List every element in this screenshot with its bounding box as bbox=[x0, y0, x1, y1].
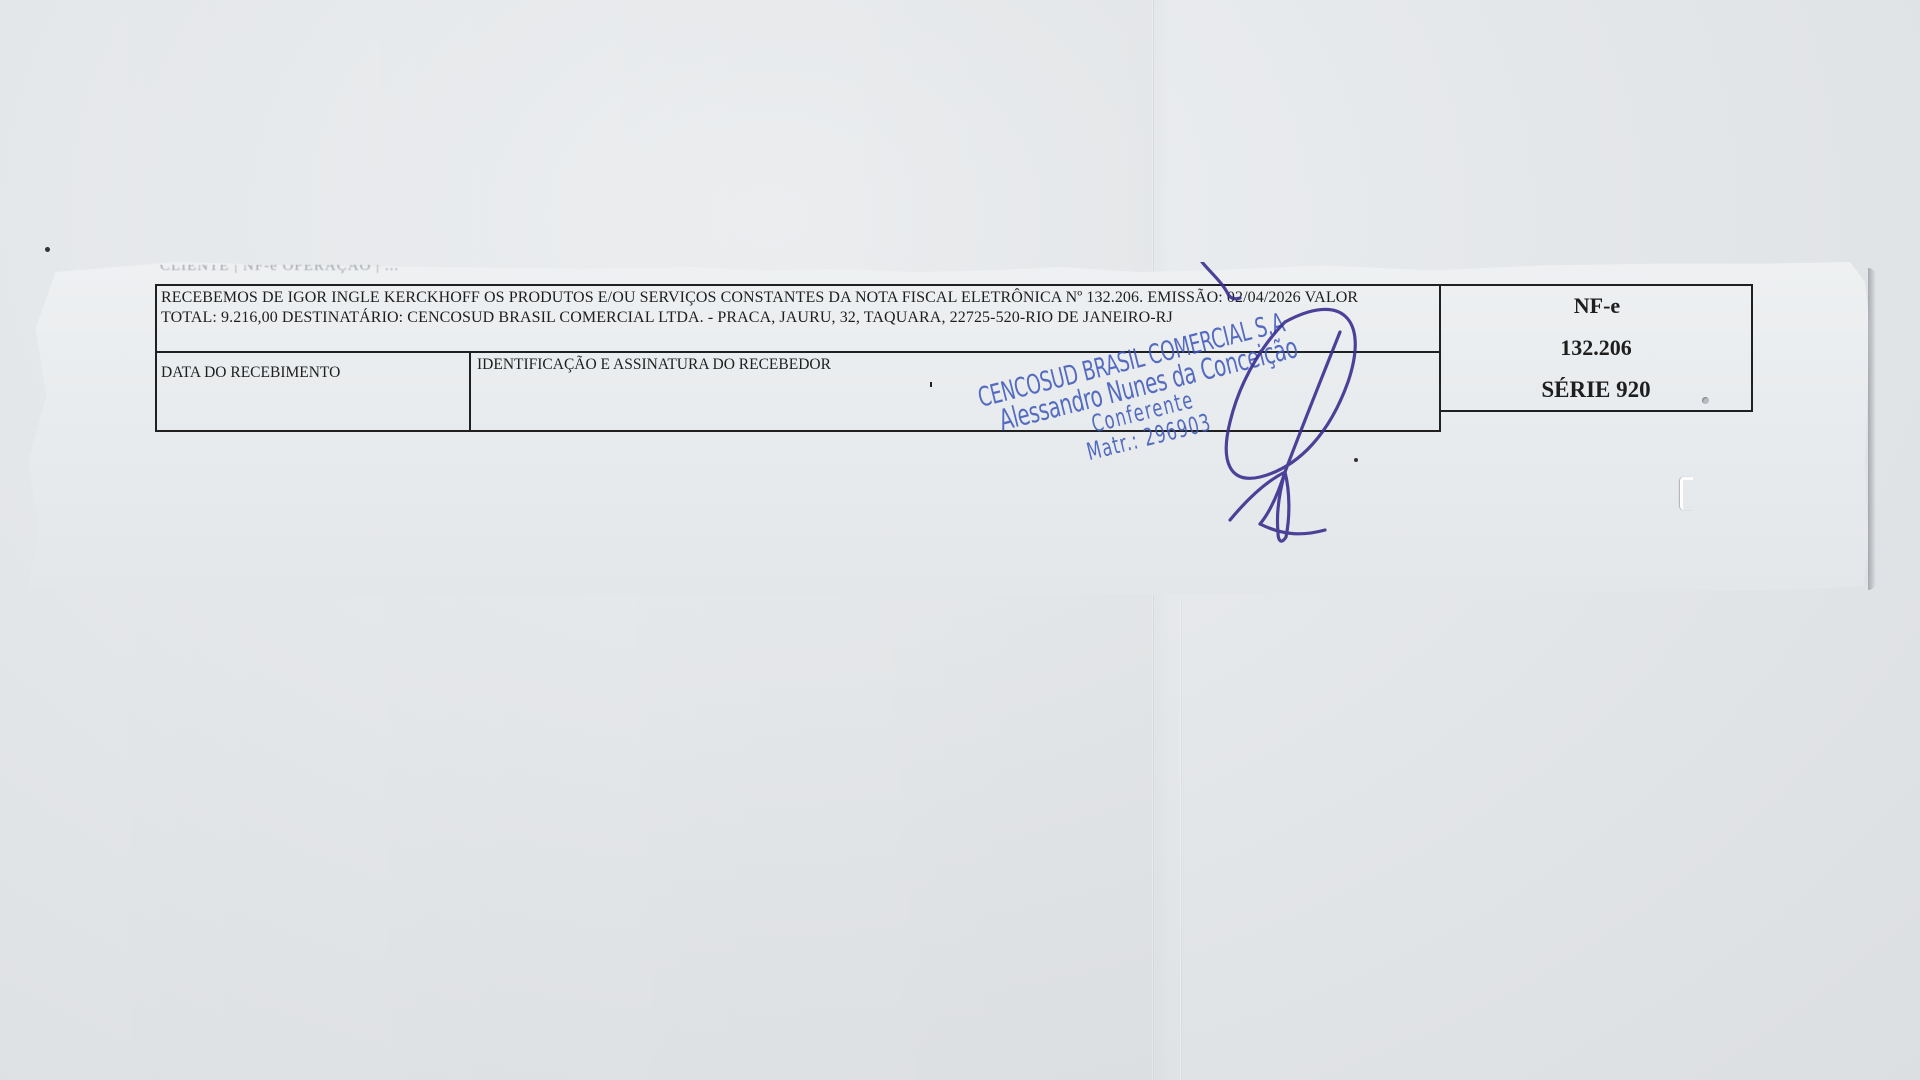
print-mark bbox=[930, 382, 932, 387]
paper-puncture bbox=[1702, 397, 1709, 404]
paper-tear-mark bbox=[1680, 477, 1693, 510]
receipt-form: RECEBEMOS DE IGOR INGLE KERCKHOFF OS PRO… bbox=[155, 284, 1753, 432]
ink-dot bbox=[1354, 458, 1358, 462]
nfe-box: NF-e 132.206 SÉRIE 920 bbox=[1439, 284, 1753, 414]
torn-top-strip-text: CLIENTE | NF-e OPERAÇÃO | ... bbox=[160, 258, 399, 275]
nfe-label: NF-e bbox=[1439, 286, 1753, 328]
paper-edge-shadow bbox=[1868, 268, 1876, 590]
background-speck bbox=[45, 247, 50, 252]
receipt-statement: RECEBEMOS DE IGOR INGLE KERCKHOFF OS PRO… bbox=[161, 288, 1361, 328]
nfe-number: 132.206 bbox=[1439, 328, 1753, 370]
background-fold-line bbox=[1180, 600, 1182, 1080]
receiver-identification-label: IDENTIFICAÇÃO E ASSINATURA DO RECEBEDOR bbox=[477, 356, 831, 374]
form-divider bbox=[469, 352, 471, 431]
nfe-series: SÉRIE 920 bbox=[1439, 370, 1753, 412]
receipt-date-label: DATA DO RECEBIMENTO bbox=[161, 364, 340, 382]
